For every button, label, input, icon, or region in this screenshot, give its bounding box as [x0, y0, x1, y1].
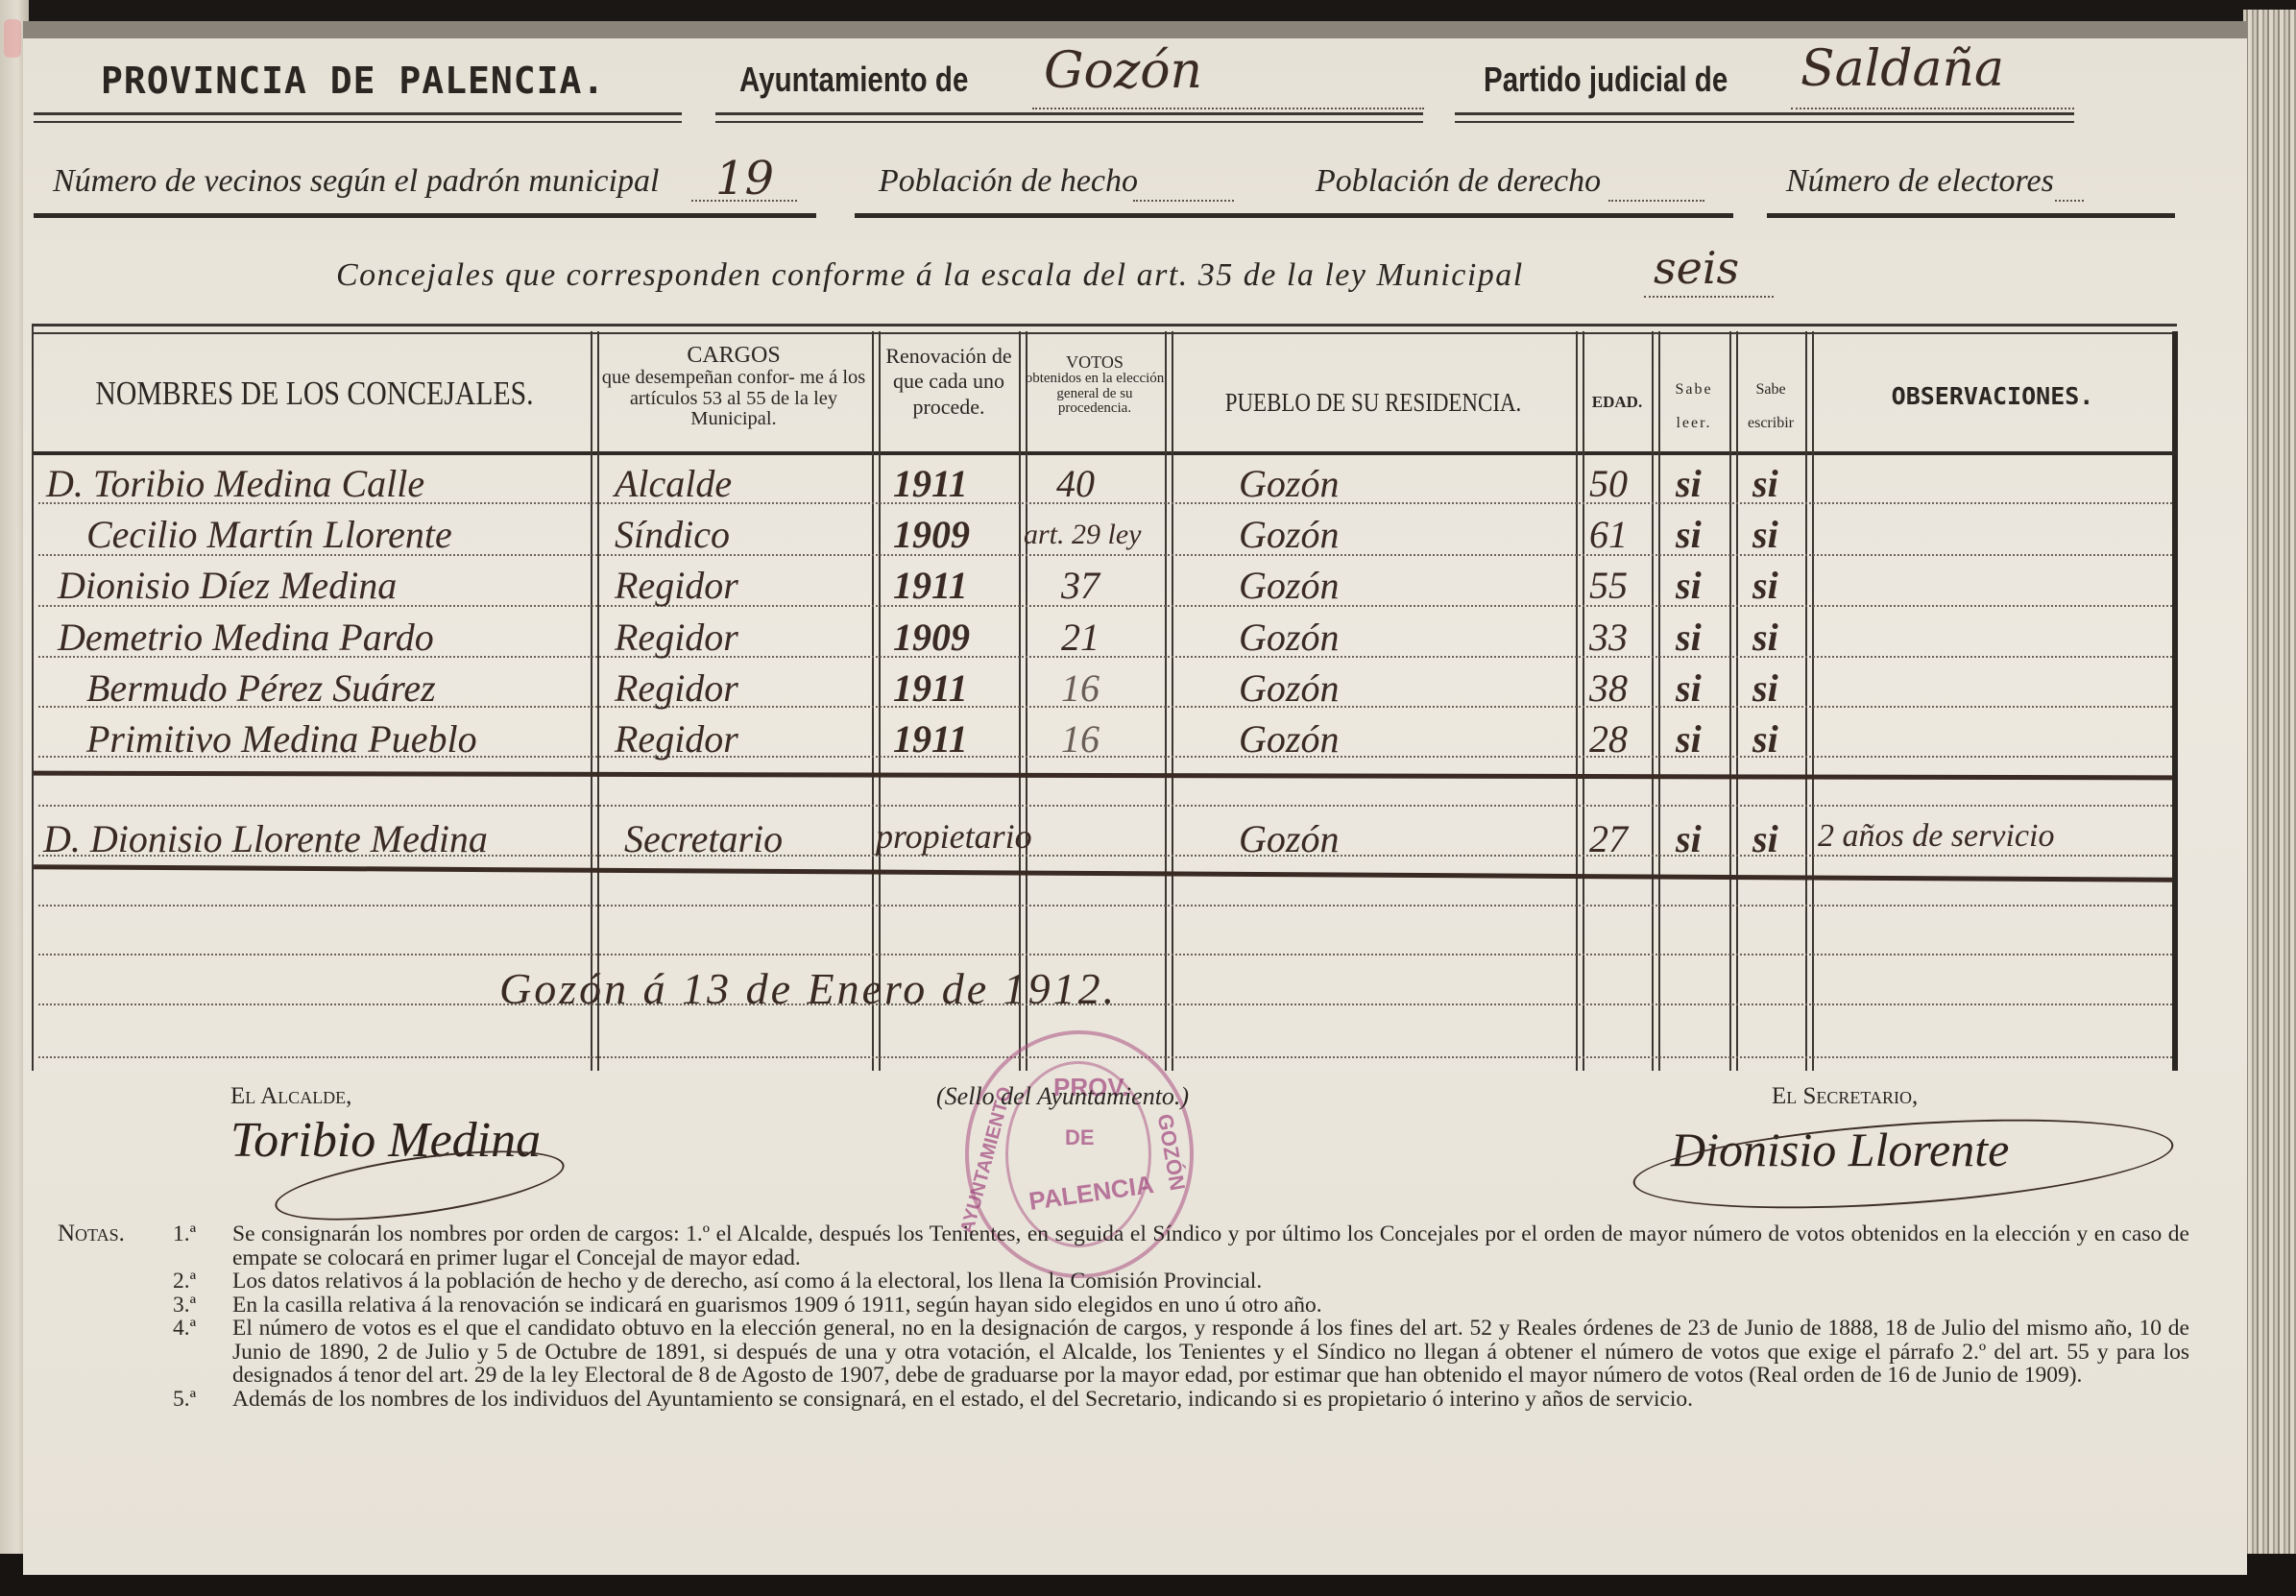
cell-renovacion: 1911	[893, 665, 968, 711]
cell-escribir: si	[1752, 816, 1778, 861]
seal-label: (Sello del Ayuntamiento.)	[936, 1082, 1189, 1111]
vecinos-value: 19	[715, 152, 774, 206]
votos-subtitle: obtenidos en la elección general de su p…	[1025, 372, 1165, 417]
col-divider	[872, 331, 881, 1071]
cell-leer: si	[1676, 461, 1702, 506]
header-rule	[34, 112, 682, 115]
partido-value: Saldaña	[1801, 40, 2004, 98]
stain	[4, 19, 21, 58]
col-header-pueblo: PUEBLO DE SU RESIDENCIA.	[1201, 389, 1546, 416]
table-header-rule	[34, 451, 2177, 455]
poblacion-hecho-label: Población de hecho	[879, 163, 1138, 200]
cell-escribir: si	[1752, 615, 1778, 660]
cell-pueblo: Gozón	[1239, 816, 1339, 861]
table-top-rule	[34, 324, 2177, 326]
cell-nombre: D. Toribio Medina Calle	[46, 461, 424, 506]
col-header-edad: EDAD.	[1581, 394, 1654, 411]
cell-leer: si	[1676, 563, 1702, 608]
col-header-renovacion: Renovación de que cada uno procede.	[878, 344, 1020, 420]
cell-leer: si	[1676, 716, 1702, 762]
rule	[34, 213, 816, 218]
page-edges-stack	[2243, 10, 2296, 1594]
poblacion-derecho-field	[1608, 171, 1704, 202]
col-header-escribir: Sabe escribir	[1734, 373, 1807, 440]
votos-title: VOTOS	[1025, 353, 1165, 372]
concejales-label: Concejales que corresponden conforme á l…	[336, 257, 1524, 294]
cell-pueblo: Gozón	[1239, 665, 1339, 711]
concejales-field: seis	[1644, 271, 1774, 298]
cell-edad: 27	[1589, 816, 1628, 861]
col-divider	[1576, 331, 1584, 1071]
cell-nombre: Dionisio Díez Medina	[58, 563, 397, 608]
header-rule	[715, 112, 1423, 115]
partido-label: Partido judicial de	[1484, 60, 1728, 100]
col-divider	[1729, 331, 1738, 1071]
concejales-value: seis	[1654, 242, 1739, 294]
cell-renovacion: propietario	[876, 816, 1032, 857]
cell-votos: 37	[1061, 563, 1100, 608]
note-number: 5.ª	[173, 1388, 232, 1412]
cell-cargo: Síndico	[615, 512, 730, 557]
cell-escribir: si	[1752, 563, 1778, 608]
cell-pueblo: Gozón	[1239, 615, 1339, 660]
cell-escribir: si	[1752, 716, 1778, 762]
col-header-nombres: NOMBRES DE LOS CONCEJALES.	[80, 376, 549, 412]
cargos-subtitle: que desempeñan confor- me á los artículo…	[595, 368, 872, 430]
cell-pueblo: Gozón	[1239, 461, 1339, 506]
cell-nombre: Cecilio Martín Llorente	[86, 512, 452, 557]
cell-renovacion: 1911	[893, 461, 968, 506]
note-text: Además de los nombres de los individuos …	[232, 1388, 2189, 1412]
cell-observaciones: 2 años de servicio	[1818, 818, 2054, 855]
cell-escribir: si	[1752, 665, 1778, 711]
note-number: 3.ª	[173, 1294, 232, 1318]
ayuntamiento-label: Ayuntamiento de	[739, 60, 968, 100]
col-divider	[1652, 331, 1660, 1071]
col-divider	[1019, 331, 1027, 1071]
ayuntamiento-value: Gozón	[1044, 42, 1202, 100]
table-left-border	[32, 324, 34, 1071]
row-rule	[38, 905, 2172, 907]
cell-votos: 40	[1056, 461, 1095, 506]
note-number: 2.ª	[173, 1270, 232, 1294]
note-item: 4.ª El número de votos es el que el cand…	[58, 1317, 2189, 1388]
cell-renovacion: 1911	[893, 716, 968, 762]
partido-field: Saldaña	[1791, 67, 2074, 109]
row-rule	[38, 954, 2172, 955]
cell-pueblo: Gozón	[1239, 512, 1339, 557]
secretario-label: El Secretario,	[1772, 1083, 1918, 1110]
note-item: 3.ª En la casilla relativa á la renovaci…	[58, 1294, 2189, 1318]
col-header-leer: Sabe leer.	[1657, 373, 1730, 440]
note-text: En la casilla relativa á la renovación s…	[232, 1294, 2189, 1318]
cell-leer: si	[1676, 512, 1702, 557]
cell-votos: art. 29 ley	[1024, 519, 1141, 551]
notes-label: Notas.	[58, 1222, 173, 1270]
note-item: 5.ª Además de los nombres de los individ…	[58, 1388, 2189, 1412]
col-header-cargos: CARGOS que desempeñan confor- me á los a…	[595, 344, 872, 430]
cell-nombre: Bermudo Pérez Suárez	[86, 665, 436, 711]
seal-mid-text: DE	[1065, 1125, 1095, 1150]
alcalde-label: El Alcalde,	[230, 1083, 351, 1110]
rule	[855, 213, 1292, 218]
cell-edad: 38	[1589, 665, 1628, 711]
note-text: Los datos relativos á la población de he…	[232, 1270, 2189, 1294]
cell-escribir: si	[1752, 512, 1778, 557]
rule	[1292, 213, 1733, 218]
note-number: 1.ª	[173, 1222, 232, 1270]
cell-cargo: Secretario	[624, 816, 783, 861]
note-number: 4.ª	[173, 1317, 232, 1388]
col-divider	[591, 331, 599, 1071]
cell-escribir: si	[1752, 461, 1778, 506]
seal-ring-right-text: GOZÓN	[1152, 1112, 1191, 1193]
col-divider	[1805, 331, 1814, 1071]
col-header-observaciones: OBSERVACIONES.	[1811, 384, 2174, 409]
electores-label: Número de electores	[1786, 163, 2054, 200]
cell-edad: 28	[1589, 716, 1628, 762]
poblacion-derecho-label: Población de derecho	[1316, 163, 1601, 200]
cell-votos: 16	[1061, 665, 1100, 711]
cell-leer: si	[1676, 665, 1702, 711]
cell-leer: si	[1676, 615, 1702, 660]
row-rule	[38, 805, 2172, 807]
cell-pueblo: Gozón	[1239, 563, 1339, 608]
cell-pueblo: Gozón	[1239, 716, 1339, 762]
note-text: El número de votos es el que el candidat…	[232, 1317, 2189, 1388]
electores-field	[2055, 171, 2084, 202]
notes-section: Notas. 1.ª Se consignarán los nombres po…	[58, 1222, 2189, 1411]
cell-edad: 33	[1589, 615, 1628, 660]
cell-renovacion: 1909	[893, 512, 970, 557]
cell-nombre: D. Dionisio Llorente Medina	[43, 816, 488, 861]
cell-cargo: Alcalde	[615, 461, 732, 506]
vecinos-label: Número de vecinos según el padrón munici…	[53, 163, 659, 200]
cell-votos: 21	[1061, 615, 1100, 660]
cell-edad: 61	[1589, 512, 1628, 557]
col-header-votos: VOTOS obtenidos en la elección general d…	[1025, 353, 1165, 417]
cell-cargo: Regidor	[615, 665, 738, 711]
table-right-border	[2172, 331, 2178, 1071]
cell-leer: si	[1676, 816, 1702, 861]
cell-renovacion: 1911	[893, 563, 968, 608]
cell-cargo: Regidor	[615, 615, 738, 660]
rule	[1767, 213, 2175, 218]
header-rule	[1455, 112, 2074, 115]
col-divider	[1165, 331, 1173, 1071]
ayuntamiento-field: Gozón	[1032, 67, 1424, 109]
cargos-title: CARGOS	[595, 344, 872, 368]
cell-renovacion: 1909	[893, 615, 970, 660]
cell-edad: 55	[1589, 563, 1628, 608]
note-item: Notas. 1.ª Se consignarán los nombres po…	[58, 1222, 2189, 1270]
cell-cargo: Regidor	[615, 716, 738, 762]
cell-nombre: Demetrio Medina Pardo	[58, 615, 434, 660]
poblacion-hecho-field	[1133, 171, 1234, 202]
province-title: PROVINCIA DE PALENCIA.	[101, 60, 605, 102]
note-item: 2.ª Los datos relativos á la población d…	[58, 1270, 2189, 1294]
cell-edad: 50	[1589, 461, 1628, 506]
cell-cargo: Regidor	[615, 563, 738, 608]
cell-nombre: Primitivo Medina Pueblo	[86, 716, 477, 762]
date-line: Gozón á 13 de Enero de 1912.	[499, 963, 1117, 1014]
note-text: Se consignarán los nombres por orden de …	[232, 1222, 2189, 1270]
vecinos-field: 19	[691, 171, 797, 202]
cell-votos: 16	[1061, 716, 1100, 762]
